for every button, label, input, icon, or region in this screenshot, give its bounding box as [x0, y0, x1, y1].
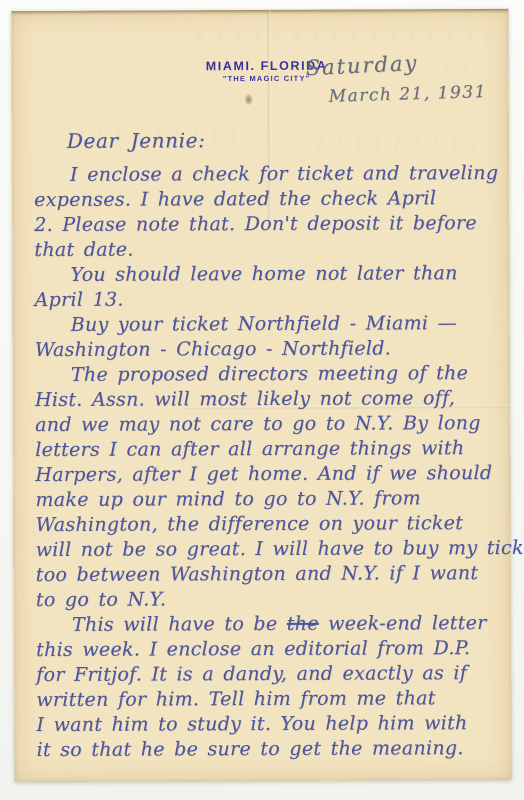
letter-line: You should leave home not later than [34, 261, 503, 288]
letter-line: Buy your ticket Northfield - Miami — [35, 311, 504, 338]
letter-line: for Fritjof. It is a dandy, and exactly … [36, 661, 505, 688]
letter-line: Washington - Chicago - Northfield. [35, 336, 504, 363]
letter-line: I want him to study it. You help him wit… [36, 711, 505, 738]
letter-line: will not be so great. I will have to buy… [36, 536, 505, 563]
letter-line: and we may not care to go to N.Y. By lon… [35, 411, 504, 438]
paper-stain [245, 94, 253, 105]
handwritten-day: Saturday [305, 51, 419, 80]
letter-line: it so that he be sure to get the meaning… [36, 736, 505, 763]
letter-line: to go to N.Y. [36, 586, 505, 613]
letter-line: I enclose a check for ticket and traveli… [34, 161, 503, 188]
letter-paper: MIAMI. FLORIDA "THE MAGIC CITY" Saturday… [11, 9, 511, 782]
letter-line: letters I can after all arrange things w… [35, 436, 504, 463]
bleed-through-ghost [191, 31, 491, 45]
letter-line: this week. I enclose an editorial from D… [36, 636, 505, 663]
letter-line: written for him. Tell him from me that [36, 686, 505, 713]
letter-line: expenses. I have dated the check April [34, 186, 503, 213]
letter-line: This will have to be the week-end letter [36, 611, 505, 638]
letter-line: too between Washington and N.Y. if I wan… [36, 561, 505, 588]
handwritten-date: March 21, 1931 [328, 82, 487, 107]
letter-line: The proposed directors meeting of the [35, 361, 504, 388]
letter-line: Hist. Assn. will most likely not come of… [35, 386, 504, 413]
salutation: Dear Jennie: [67, 128, 206, 153]
letter-line: Washington, the difference on your ticke… [36, 511, 505, 538]
scan-background: MIAMI. FLORIDA "THE MAGIC CITY" Saturday… [0, 0, 524, 800]
letter-line: 2. Please note that. Don't deposit it be… [34, 211, 503, 238]
struck-word: the [287, 613, 319, 635]
letter-line: Harpers, after I get home. And if we sho… [35, 461, 504, 488]
letter-line: make up our mind to go to N.Y. from [35, 486, 504, 513]
bleed-through-ghost [312, 137, 482, 151]
letter-body: I enclose a check for ticket and traveli… [34, 161, 506, 763]
letter-line: April 13. [35, 286, 504, 313]
letter-line: that date. [34, 236, 503, 263]
